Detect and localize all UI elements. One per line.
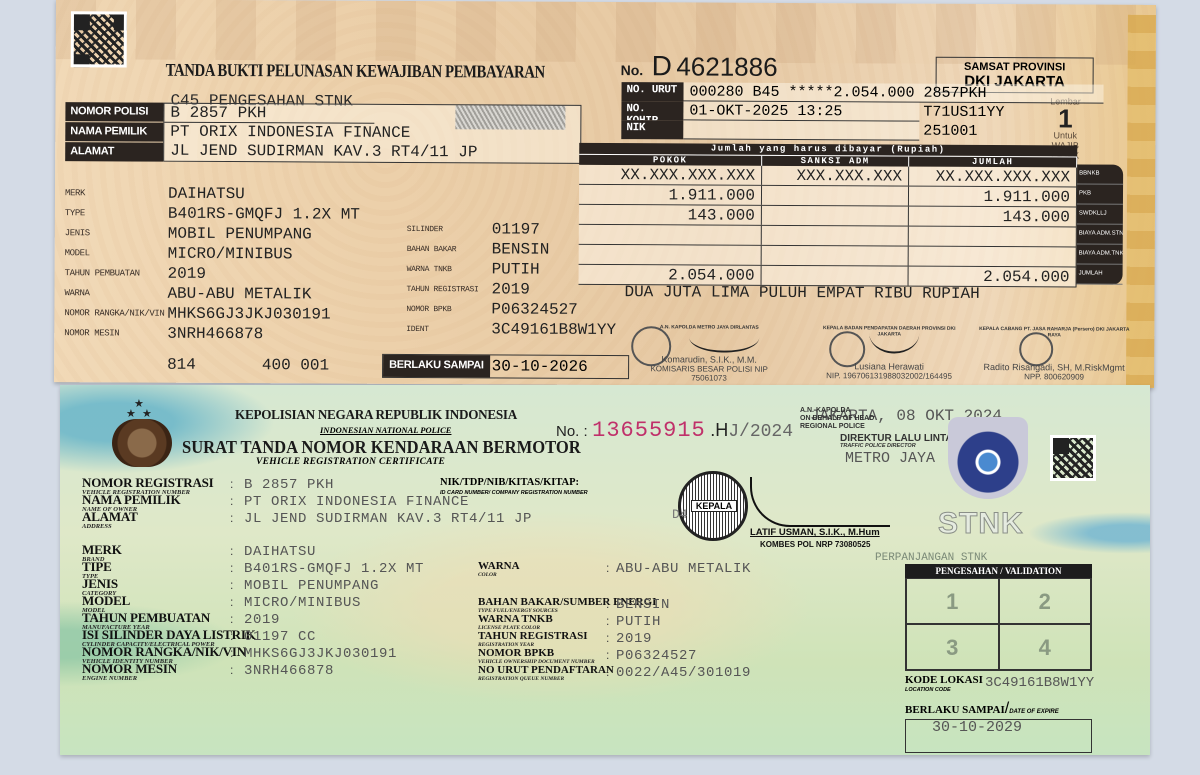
vehicle-value: B401RS-GMQFJ 1.2X MT <box>168 205 360 224</box>
meta-label: NIK <box>621 120 683 139</box>
colon: : <box>230 561 244 575</box>
kepala-stamp-icon: KEPALA <box>678 471 748 541</box>
field-label: NO URUT PENDAFTARAN <box>478 665 606 675</box>
sanksi-cell <box>762 266 909 286</box>
field-label: NOMOR MESIN <box>82 663 230 674</box>
signatory-title: A.N. KAPOLDA METRO JAYA DIRLANTAS <box>649 324 769 331</box>
sanksi-cell <box>762 226 909 246</box>
pokok-cell: 1.911.000 <box>579 185 762 205</box>
vehicle-value: 2019 <box>491 280 529 298</box>
qr-code-icon <box>71 11 127 67</box>
stnk-field-row: TIPETYPE:B401RS-GMQFJ 1.2X MT <box>82 561 532 578</box>
meta-row: NO. KOHIR 01-OKT-2025 13:25 T71US11YY <box>621 101 1103 123</box>
field-value: PT ORIX INDONESIA FINANCE <box>244 494 469 510</box>
jumlah-cell: XX.XXX.XXX.XXX <box>909 167 1077 187</box>
vehicle-row: NOMOR RANGKA/NIK/VINMHKS6GJ3JKJ030191 <box>64 303 359 325</box>
field-label: WARNA <box>478 561 606 571</box>
jumlah-cell <box>909 227 1077 247</box>
validation-cell: 1 <box>906 578 999 624</box>
field-label: TAHUN PEMBUATAN <box>82 612 230 623</box>
payment-row: 1.911.0001.911.000 <box>579 185 1077 208</box>
police-emblem-icon: ★ ★ ★ <box>102 403 178 469</box>
colon: : <box>606 648 616 662</box>
samsat-line1: SAMSAT PROVINSI <box>937 61 1093 74</box>
vehicle-value: PUTIH <box>492 260 540 278</box>
validation-cell: 3 <box>906 624 999 670</box>
stnk-field-row: WARNACOLOR:ABU-ABU METALIK <box>478 561 751 578</box>
vehicle-value: 3NRH466878 <box>167 325 263 344</box>
payment-row <box>579 225 1077 248</box>
vehicle-label: MODEL <box>65 248 168 259</box>
signer-rank: KOMBES POL NRP 73080525 <box>760 540 870 549</box>
certificate-title: SURAT TANDA NOMOR KENDARAAN BERMOTOR <box>182 437 581 458</box>
expiry-value: 30-10-2029 <box>905 719 1092 753</box>
payment-row-tag: BIAYA ADM.STNK <box>1077 224 1123 244</box>
meta-extra: 251001 <box>919 122 1099 142</box>
field-value: ABU-ABU METALIK <box>616 561 751 577</box>
sanksi-cell <box>762 206 909 226</box>
field-label: JENIS <box>82 578 230 589</box>
field-label-en: ADDRESS <box>82 522 230 531</box>
on-behalf: A.N. KAPOLDA ON BEHALF OF HEAD REGIONAL … <box>800 407 874 431</box>
field-label: BAHAN BAKAR/SUMBER ENERGI <box>478 597 606 607</box>
vehicle-label: SILINDER <box>407 224 492 233</box>
stnk-field-row: NOMOR MESINENGINE NUMBER:3NRH466878 <box>82 663 532 680</box>
stnk-field-label: NOMOR MESINENGINE NUMBER <box>82 663 230 683</box>
stnk-field-row: JENISCATEGORY:MOBIL PENUMPANG <box>82 578 532 595</box>
vehicle-row: JENISMOBIL PENUMPANG <box>65 223 360 245</box>
vehicle-row: WARNA TNKBPUTIH <box>407 259 617 280</box>
vehicle-value: MHKS6GJ3JKJ030191 <box>167 305 330 324</box>
validation-heading: PENGESAHAN / VALIDATION <box>905 564 1092 578</box>
certificate-title-en: VEHICLE REGISTRATION CERTIFICATE <box>256 457 445 467</box>
bottom-code: 814 <box>167 356 196 374</box>
stnk-field-row: NO URUT PENDAFTARANREGISTRATION QUEUE NU… <box>478 665 751 682</box>
field-value: JL JEND SUDIRMAN KAV.3 RT4/11 JP <box>244 511 532 527</box>
agency-name: KEPOLISIAN NEGARA REPUBLIK INDONESIA <box>235 408 517 424</box>
vehicle-row: TYPEB401RS-GMQFJ 1.2X MT <box>65 203 360 225</box>
nomor-polisi-value: B 2857 PKH <box>164 104 374 124</box>
vehicle-details-left: MERKDAIHATSUTYPEB401RS-GMQFJ 1.2X MTJENI… <box>64 183 360 345</box>
location-code-label: KODE LOKASI <box>905 675 983 686</box>
vehicle-value: 2019 <box>168 265 206 283</box>
receipt-meta: NO. URUT 000280 B45 *****2.054.000 2857P… <box>621 82 1103 142</box>
vehicle-row: NOMOR BPKBP06324527 <box>406 299 616 320</box>
field-label-en: REGISTRATION QUEUE NUMBER <box>478 675 606 684</box>
vehicle-value: BENSIN <box>492 240 550 258</box>
meta-row: NO. URUT 000280 B45 *****2.054.000 2857P… <box>621 82 1103 104</box>
expiry: BERLAKU SAMPAI/DATE OF EXPIRE 30-10-2029 <box>905 700 1092 753</box>
field-label-en: COLOR <box>478 571 606 580</box>
vehicle-label: BAHAN BAKAR <box>407 244 492 253</box>
vehicle-row: TAHUN REGISTRASI2019 <box>406 279 616 300</box>
signatory-title: KEPALA CABANG PT. JASA RAHARJA (Persero)… <box>974 326 1134 339</box>
validation-cell: 2 <box>999 578 1092 624</box>
colon: : <box>230 578 244 592</box>
location-code-value: 3C49161B8W1YY <box>985 675 1094 691</box>
jumlah-cell: 1.911.000 <box>909 187 1077 207</box>
payment-row-tag: PKB <box>1077 184 1123 204</box>
alamat-value: JL JEND SUDIRMAN KAV.3 RT4/11 JP <box>164 142 580 163</box>
stnk-hologram-text: STNK <box>938 507 1024 541</box>
vehicle-row: TAHUN PEMBUATAN2019 <box>65 263 360 285</box>
receipt-number: No. D 4621886 <box>621 50 778 83</box>
vehicle-label: NOMOR MESIN <box>64 328 167 339</box>
vehicle-value: P06324527 <box>491 300 578 318</box>
vehicle-row: NOMOR MESIN3NRH466878 <box>64 323 359 345</box>
vehicle-label: IDENT <box>406 324 491 333</box>
jumlah-cell <box>909 247 1077 267</box>
vehicle-label: WARNA TNKB <box>407 264 492 273</box>
expiry-label: BERLAKU SAMPAI <box>905 704 1005 716</box>
vehicle-label: WARNA <box>64 288 167 299</box>
stnk-field-label: WARNACOLOR <box>478 561 606 580</box>
signatory: KEPALA BADAN PENDAPATAN DAERAH PROVINSI … <box>814 325 964 381</box>
location-code: KODE LOKASILOCATION CODE 3C49161B8W1YY <box>905 675 1094 694</box>
label-nama-pemilik: NAMA PEMILIK <box>65 122 163 142</box>
certificate-number-year: J/2024 <box>728 422 793 442</box>
vehicle-label: NOMOR RANGKA/NIK/VIN <box>64 308 167 319</box>
nama-pemilik-value: PT ORIX INDONESIA FINANCE <box>164 123 580 144</box>
vehicle-value: DAIHATSU <box>168 185 245 203</box>
field-label: MERK <box>82 544 230 555</box>
colon: : <box>230 494 244 508</box>
bottom-code: 400 001 <box>262 356 329 374</box>
stnk-certificate: ★ ★ ★ KEPOLISIAN NEGARA REPUBLIK INDONES… <box>60 385 1150 755</box>
vehicle-row: WARNAABU-ABU METALIK <box>64 283 359 305</box>
amount-in-words: DUA JUTA LIMA PULUH EMPAT RIBU RUPIAH <box>624 283 979 303</box>
stnk-fields-left: NOMOR REGISTRASIVEHICLE REGISTRATION NUM… <box>82 477 532 680</box>
vehicle-row: SILINDER01197 <box>407 219 617 240</box>
vehicle-row: MERKDAIHATSU <box>65 183 360 205</box>
label-alamat: ALAMAT <box>65 142 163 162</box>
receipt-number-value: 4621886 <box>676 51 777 82</box>
receipt-number-prefix: No. <box>621 62 644 78</box>
on-behalf-line: REGIONAL POLICE <box>800 423 874 431</box>
validation-grid: 1 2 3 4 <box>905 578 1092 671</box>
meta-label: NO. URUT <box>621 82 683 101</box>
qr-code-icon <box>1050 435 1096 481</box>
validation-box: PENGESAHAN / VALIDATION 1 2 3 4 <box>905 564 1092 671</box>
field-value: P06324527 <box>616 648 697 664</box>
colon: : <box>606 665 616 679</box>
colon: : <box>230 612 244 626</box>
location-code-label-en: LOCATION CODE <box>905 686 983 694</box>
receipt-title: TANDA BUKTI PELUNASAN KEWAJIBAN PEMBAYAR… <box>166 60 545 83</box>
sanksi-cell <box>762 186 909 206</box>
vehicle-label: NOMOR BPKB <box>406 304 491 313</box>
owner-fields: B 2857 PKH PT ORIX INDONESIA FINANCE JL … <box>163 103 581 164</box>
jumlah-cell: 143.000 <box>909 207 1077 227</box>
pokok-cell: XX.XXX.XXX.XXX <box>579 165 762 185</box>
signatory-nip: 75061073 <box>691 373 727 382</box>
field-label: WARNA TNKB <box>478 614 606 624</box>
stnk-field-label: NO URUT PENDAFTARANREGISTRATION QUEUE NU… <box>478 665 606 684</box>
payment-row: 143.000143.000 <box>579 205 1077 228</box>
vehicle-label: TYPE <box>65 208 168 219</box>
vehicle-value: ABU-ABU METALIK <box>167 285 311 304</box>
payment-row-tags: BBNKBPKBSWDKLLJBIAYA ADM.STNKBIAYA ADM.T… <box>1077 164 1124 284</box>
field-label: TAHUN REGISTRASI <box>478 631 606 641</box>
payment-receipt-document: TANDA BUKTI PELUNASAN KEWAJIBAN PEMBAYAR… <box>54 0 1156 388</box>
payment-row-tag: JUMLAH <box>1077 264 1123 284</box>
payment-row-tag: SWDKLLJ <box>1077 204 1123 224</box>
meta-label: NO. KOHIR <box>621 101 683 120</box>
stnk-field-label: ALAMATADDRESS <box>82 511 230 531</box>
field-value: 01197 CC <box>244 629 316 645</box>
watermark-text: PERPANJANGAN STNK <box>875 552 987 564</box>
stnk-field-row: WARNA TNKBLICENSE PLATE COLOR:PUTIH <box>478 614 751 631</box>
payment-row <box>579 245 1077 268</box>
director-title: DIREKTUR LALU LINTAS TRAFFIC POLICE DIRE… <box>840 433 959 449</box>
vehicle-value: MICRO/MINIBUS <box>168 245 293 264</box>
field-value: 0022/A45/301019 <box>616 665 751 681</box>
field-value: MICRO/MINIBUS <box>244 595 361 611</box>
vehicle-label: TAHUN PEMBUATAN <box>65 268 168 279</box>
vehicle-value: 3C49161B8W1YY <box>491 320 616 339</box>
vehicle-details-right: SILINDER01197BAHAN BAKARBENSINWARNA TNKB… <box>406 219 616 340</box>
bottom-codes: 814400 001 <box>167 356 395 375</box>
field-label: NOMOR RANGKA/NIK/VIN <box>82 646 230 657</box>
signatory-nip: 196706131988032002/164495 <box>843 371 952 381</box>
signatory: KEPALA CABANG PT. JASA RAHARJA (Persero)… <box>974 326 1134 382</box>
payment-table: Jumlah yang harus dibayar (Rupiah) POKOK… <box>579 143 1078 288</box>
vehicle-row: IDENT3C49161B8W1YY <box>406 319 616 340</box>
stnk-field-row: MERKBRAND:DAIHATSU <box>82 544 532 561</box>
payment-row-tag: BIAYA ADM.TNKB <box>1077 244 1123 264</box>
colon: : <box>606 597 616 611</box>
field-value: 2019 <box>244 612 280 628</box>
signature-mark <box>750 477 890 527</box>
meta-row: NIK 251001 <box>621 120 1103 142</box>
meta-extra: T71US11YY <box>919 103 1099 123</box>
colon: : <box>606 631 616 645</box>
vehicle-label: TAHUN REGISTRASI <box>406 284 491 293</box>
receipt-number-series: D <box>652 50 672 81</box>
colon: : <box>230 646 244 660</box>
label-nomor-polisi: NOMOR POLISI <box>65 102 163 122</box>
colon: : <box>230 477 244 491</box>
colon: : <box>230 595 244 609</box>
sanksi-cell: XXX.XXX.XXX <box>762 166 909 186</box>
colon: : <box>606 614 616 628</box>
colon: : <box>606 561 616 575</box>
stamp-text: KEPALA <box>691 500 737 512</box>
meta-value: 01-OKT-2025 13:25 <box>683 101 919 121</box>
jumlah-cell: 2.054.000 <box>909 267 1077 287</box>
valid-until-value: 30-10-2026 <box>490 355 628 378</box>
validation-cell: 4 <box>999 624 1092 670</box>
colon: : <box>230 663 244 677</box>
stnk-field-row: TAHUN REGISTRASIREGISTRATION YEAR:2019 <box>478 631 751 648</box>
signer-name: LATIF USMAN, S.I.K., M.Hum <box>750 527 880 538</box>
certificate-number-label: No. : <box>556 423 588 440</box>
agency-name-en: INDONESIAN NATIONAL POLICE <box>320 425 451 435</box>
payment-row: XX.XXX.XXX.XXXXXX.XXX.XXXXX.XXX.XXX.XXX <box>579 165 1077 188</box>
on-behalf-line: A.N. KAPOLDA <box>800 407 874 415</box>
signatory-title: KEPALA BADAN PENDAPATAN DAERAH PROVINSI … <box>814 325 964 338</box>
stnk-field-row: BAHAN BAKAR/SUMBER ENERGITYPE FUEL/ENERG… <box>478 597 751 614</box>
on-behalf-line: ON BEHALF OF HEAD <box>800 415 874 423</box>
stnk-field-row: ALAMATADDRESS:JL JEND SUDIRMAN KAV.3 RT4… <box>82 511 532 528</box>
signatory-nip-label: NPP. <box>1024 372 1042 381</box>
signatory-name: Radito Risangadi, SH, M.RiskMgmt <box>974 362 1134 373</box>
signatory: A.N. KAPOLDA METRO JAYA DIRLANTAS Komaru… <box>649 324 769 383</box>
vehicle-value: MOBIL PENUMPANG <box>168 225 312 244</box>
meta-value: 000280 B45 *****2.054.000 2857PKH <box>683 82 1103 103</box>
field-value: B401RS-GMQFJ 1.2X MT <box>244 561 424 577</box>
expiry-label-en: DATE OF EXPIRE <box>1009 709 1059 715</box>
vehicle-row: MODELMICRO/MINIBUS <box>65 243 360 265</box>
field-label: MODEL <box>82 595 230 606</box>
vehicle-label: JENIS <box>65 228 168 239</box>
certificate-number-value: 13655915 <box>592 418 706 443</box>
colon: : <box>230 544 244 558</box>
field-label: NOMOR BPKB <box>478 648 606 658</box>
sanksi-cell <box>762 246 909 266</box>
signatory-nip-label: KOMISARIS BESAR POLISI NIP <box>650 364 767 374</box>
valid-until-box: BERLAKU SAMPAI 30-10-2026 <box>382 354 629 379</box>
decorative-pattern-band <box>56 0 1156 65</box>
field-label: ISI SILINDER DAYA LISTRIK <box>82 629 230 640</box>
hologram-badge-icon <box>948 417 1028 499</box>
certificate-number-suffix: .H <box>710 420 728 440</box>
field-value: 2019 <box>616 631 652 647</box>
colon: : <box>230 511 244 525</box>
d4-code: D4 <box>672 507 688 522</box>
signatures: A.N. KAPOLDA METRO JAYA DIRLANTAS Komaru… <box>629 312 1129 387</box>
vehicle-label: MERK <box>65 188 168 199</box>
field-value: MOBIL PENUMPANG <box>244 578 379 594</box>
owner-labels: NOMOR POLISI NAMA PEMILIK ALAMAT <box>65 102 163 163</box>
stnk-field-row: NOMOR BPKBVEHICLE OWNERSHIP DOCUMENT NUM… <box>478 648 751 665</box>
colon: : <box>230 629 244 643</box>
vehicle-value: 01197 <box>492 220 540 238</box>
signatory-nip: 800620909 <box>1044 372 1084 381</box>
field-value: BENSIN <box>616 597 670 613</box>
meta-value <box>683 120 919 140</box>
signatory-nip-label: NIP. <box>826 371 841 380</box>
vehicle-row: BAHAN BAKARBENSIN <box>407 239 617 260</box>
field-value: MHKS6GJ3JKJ030191 <box>244 646 397 662</box>
certificate-number: No. : 13655915 .HJ/2024 <box>556 418 793 443</box>
field-label: ALAMAT <box>82 511 230 522</box>
field-value: DAIHATSU <box>244 544 316 560</box>
region: METRO JAYA <box>845 450 935 467</box>
signatory-name: Komarudin, S.I.K., M.M. <box>649 354 769 365</box>
field-label: NOMOR REGISTRASI <box>82 477 230 488</box>
field-value: 3NRH466878 <box>244 663 334 679</box>
payment-row-tag: BBNKB <box>1077 164 1123 184</box>
field-value: PUTIH <box>616 614 661 630</box>
valid-until-label: BERLAKU SAMPAI <box>383 355 490 378</box>
field-label: NAMA PEMILIK <box>82 494 230 505</box>
field-value: B 2857 PKH <box>244 477 334 493</box>
field-label: TIPE <box>82 561 230 572</box>
stnk-field-row: NAMA PEMILIKNAME OF OWNER:PT ORIX INDONE… <box>82 494 532 511</box>
